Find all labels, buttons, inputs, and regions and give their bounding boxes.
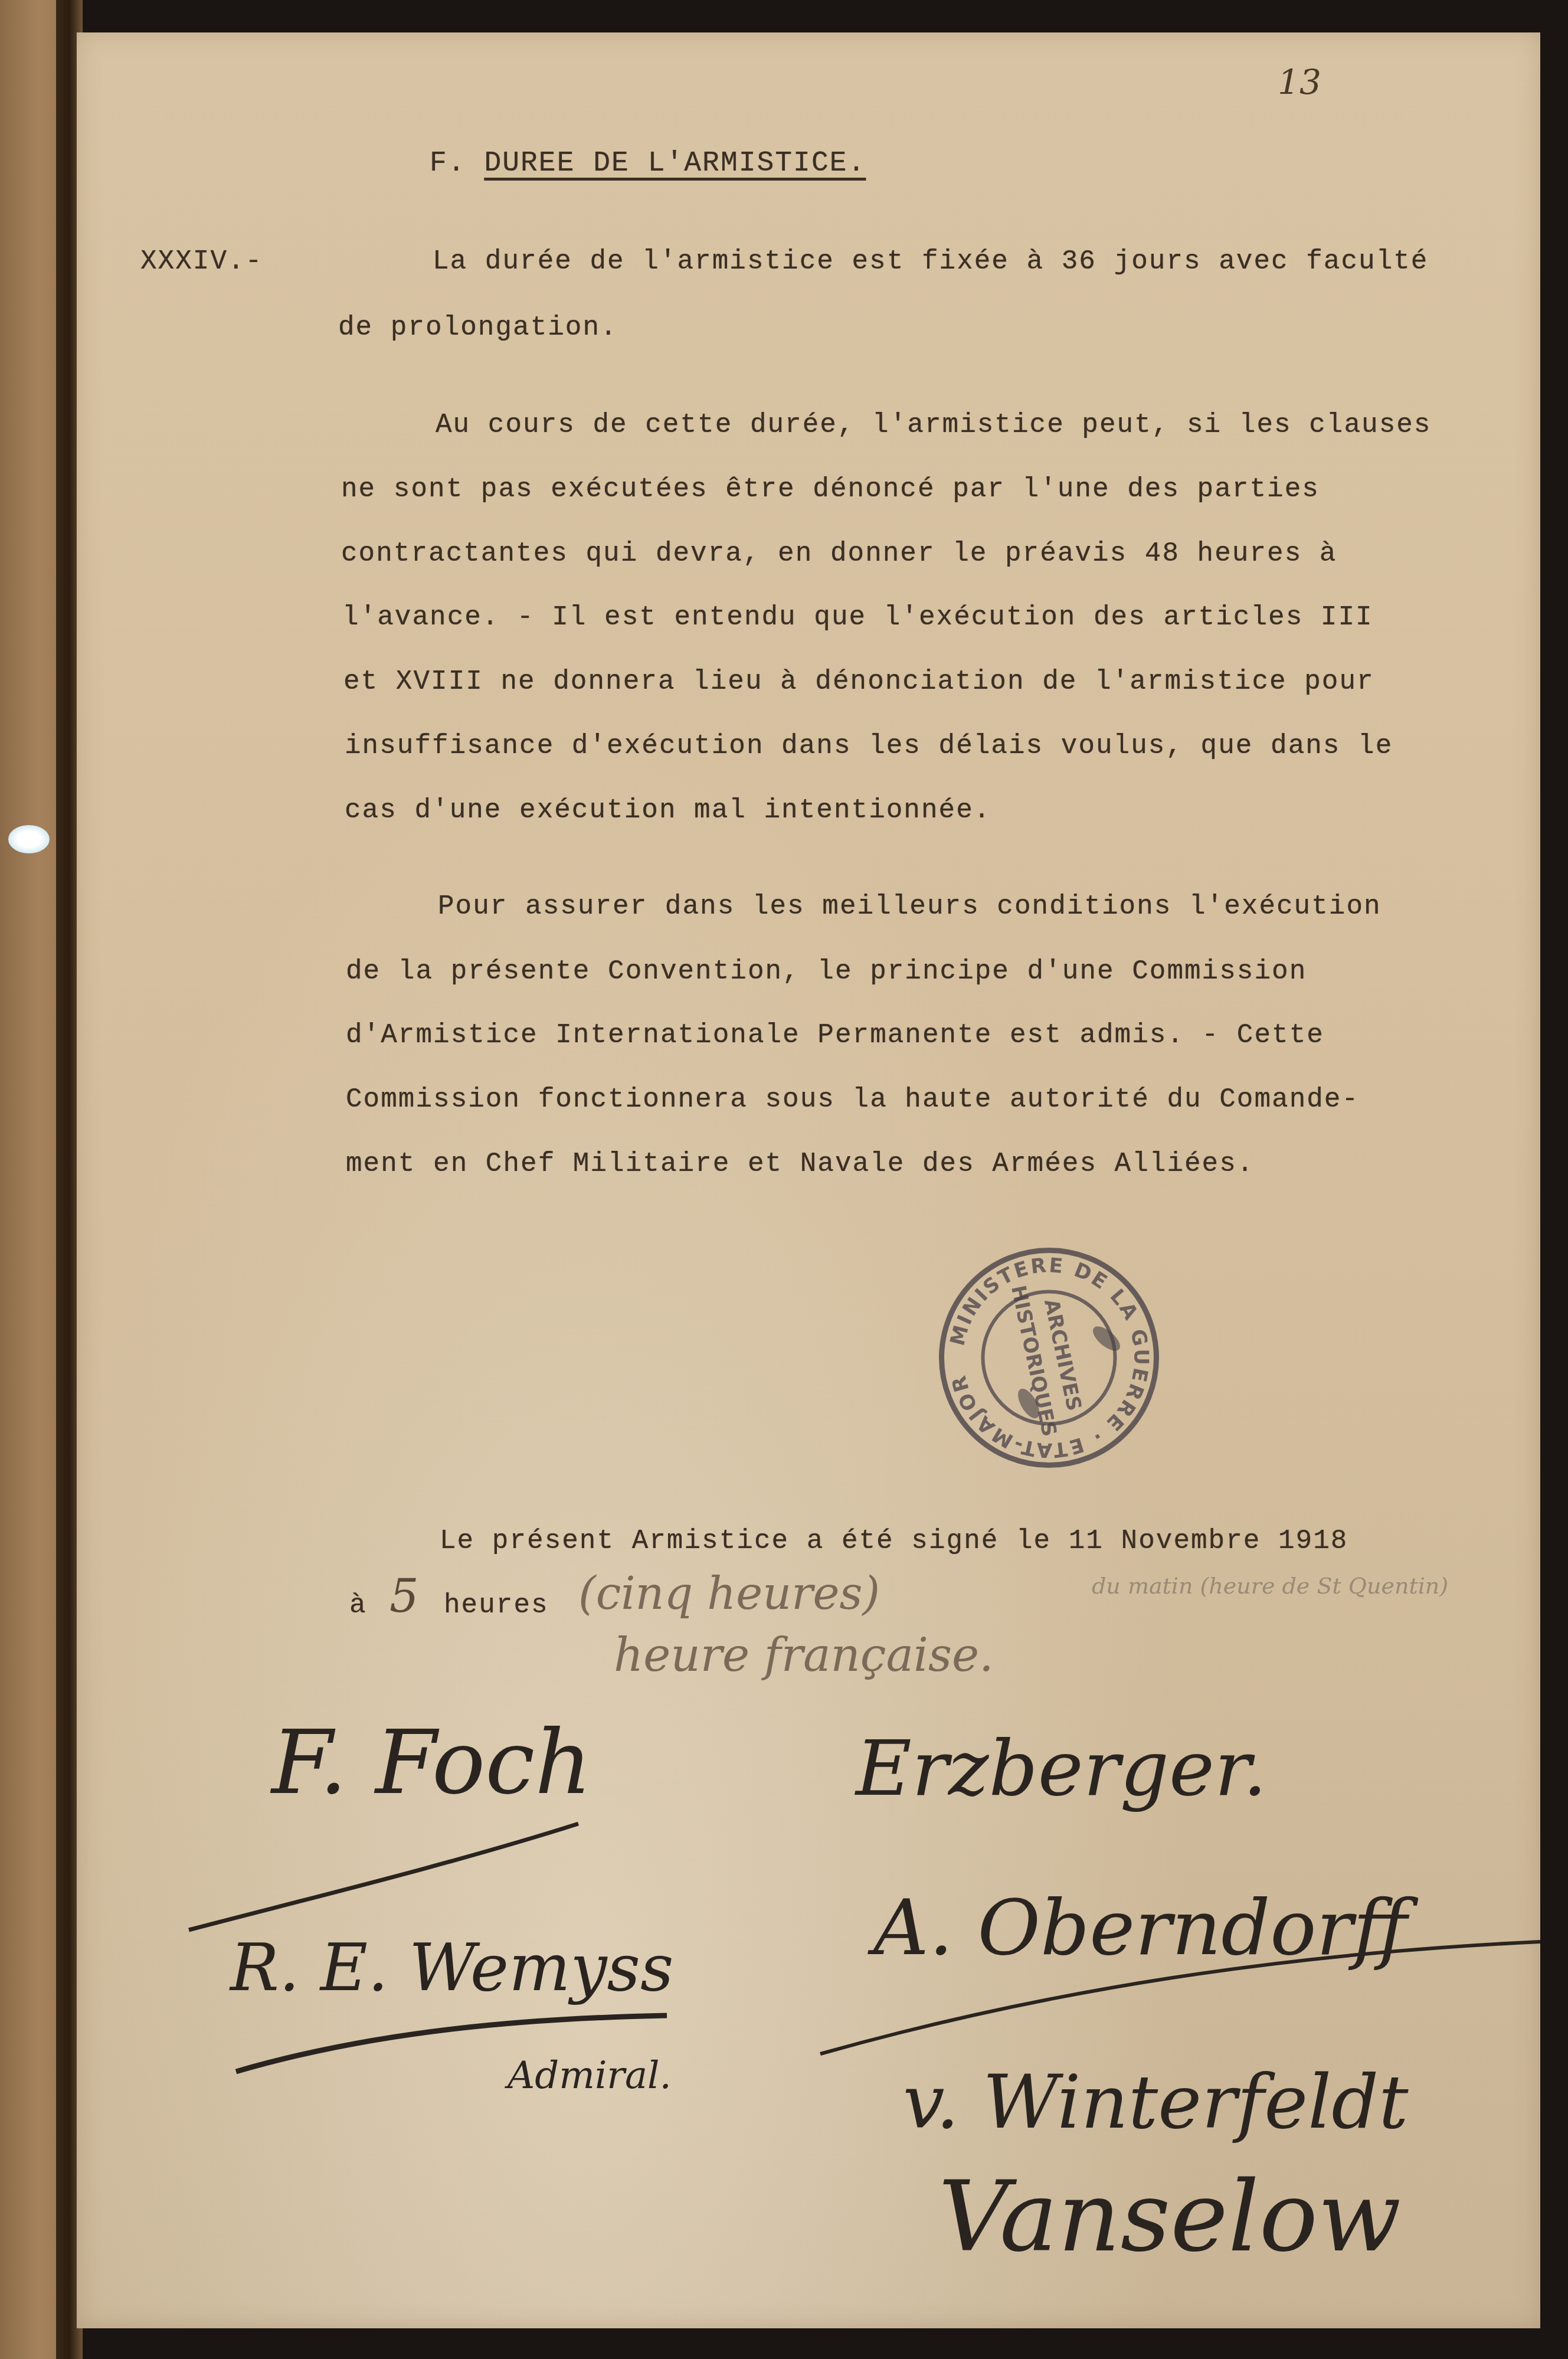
signing-statement-line: Le présent Armistice a été signé le 11 N…: [440, 1527, 1348, 1555]
archive-stamp: MINISTERE DE LA GUERRE · ETAT-MAJOR DE L…: [935, 1244, 1163, 1471]
oberndorff-flourish-line: [814, 1918, 1546, 2066]
paragraph-2-line-4: l'avance. - Il est entendu que l'exécuti…: [342, 604, 1373, 631]
paragraph-1-line-1: La durée de l'armistice est fixée à 36 j…: [433, 248, 1428, 275]
paragraph-3-line-2: de la présente Convention, le principe d…: [346, 958, 1307, 985]
signing-at-prefix: à: [349, 1592, 367, 1619]
adjacent-page-edge: [0, 0, 65, 2359]
article-number: XXXIV.-: [140, 248, 263, 275]
paragraph-3-line-1: Pour assurer dans les meilleurs conditio…: [438, 893, 1382, 920]
paragraph-3-line-5: ment en Chef Militaire et Navale des Arm…: [346, 1150, 1254, 1177]
handwritten-note-heure-francaise: heure française.: [614, 1629, 994, 1682]
stamp-seal-icon: MINISTERE DE LA GUERRE · ETAT-MAJOR DE L…: [935, 1244, 1163, 1471]
paragraph-2-line-5: et XVIII ne donnera lieu à dénonciation …: [343, 668, 1374, 695]
paragraph-2-line-6: insuffisance d'exécution dans les délais…: [345, 732, 1393, 760]
signature-wemyss: R. E. Wemyss: [230, 1930, 674, 2005]
signing-hours-word: heures: [444, 1592, 549, 1619]
handwritten-note-small: du matin (heure de St Quentin): [1092, 1573, 1448, 1599]
signature-vanselow: Vanselow: [938, 2160, 1401, 2273]
section-prefix: F.: [430, 148, 466, 179]
handwritten-hour: 5: [389, 1570, 419, 1623]
section-heading: F. DUREE DE L'ARMISTICE.: [430, 149, 866, 178]
paragraph-2-line-1: Au cours de cette durée, l'armistice peu…: [436, 411, 1431, 439]
paragraph-3-line-3: d'Armistice Internationale Permanente es…: [346, 1022, 1324, 1049]
signature-foch: F. Foch: [271, 1712, 592, 1814]
signature-winterfeldt: v. Winterfeldt: [903, 2060, 1408, 2145]
section-title: DUREE DE L'ARMISTICE.: [484, 148, 866, 179]
paragraph-2-line-7: cas d'une exécution mal intentionnée.: [345, 797, 991, 824]
paragraph-2-line-2: ne sont pas exécutées être dénoncé par l…: [341, 476, 1320, 503]
signature-erzberger: Erzberger.: [856, 1723, 1267, 1813]
light-reflection: [8, 825, 50, 853]
handwritten-note-cinq-heures: (cinq heures): [578, 1567, 880, 1619]
paragraph-1-line-2: de prolongation.: [338, 314, 618, 341]
folio-number: 13: [1278, 62, 1321, 102]
paragraph-2-line-3: contractantes qui devra, en donner le pr…: [341, 540, 1337, 567]
paragraph-3-line-4: Commission fonctionnera sous la haute au…: [346, 1086, 1359, 1113]
signature-admiral-title: Admiral.: [508, 2054, 672, 2098]
foch-flourish-line: [183, 1800, 596, 1942]
